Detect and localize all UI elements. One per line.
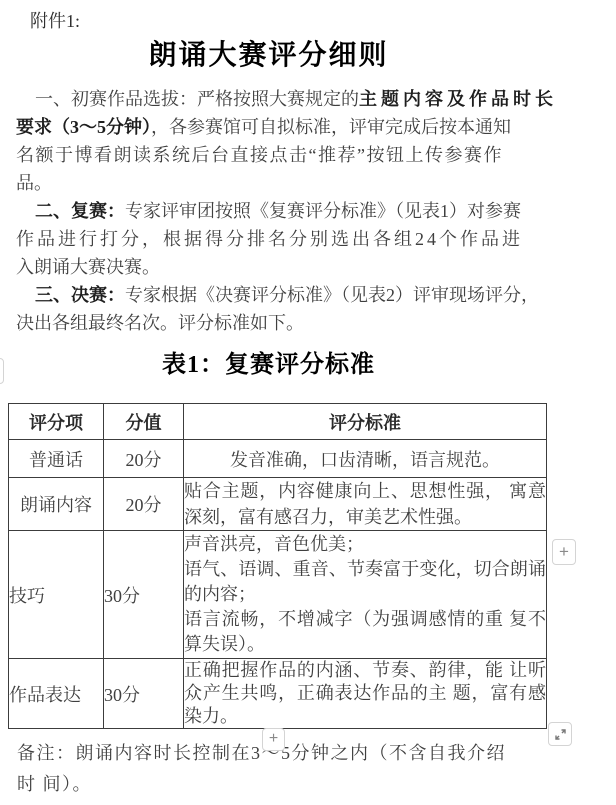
paragraph-semifinal-round: 二、复赛：专家评审团按照《复赛评分标准》（见表1）对参赛作品进行打分，根据得分排…: [16, 197, 520, 281]
header-score-value: 分值: [104, 404, 184, 440]
document-page: 附件1: 朗诵大赛评分细则 一、初赛作品选拔：严格按照大赛规定的主题内容及作品时…: [0, 0, 616, 805]
zoom-in-button[interactable]: +: [552, 539, 576, 565]
cell-score: 20分: [104, 478, 184, 531]
cell-criteria: 贴合主题，内容健康向上、思想性强， 寓意深刻，富有感召力，审美艺术性强。: [184, 478, 547, 531]
paragraph-line: 一、初赛作品选拔：严格按照大赛规定的主题内容及作品时长: [16, 85, 520, 113]
paragraph-final-round: 三、决赛：专家根据《决赛评分标准》（见表2）评审现场评分，决出各组最终名次。评分…: [16, 281, 520, 337]
cell-score: 30分: [104, 659, 184, 729]
zoom-in-button-overlay[interactable]: +: [262, 728, 285, 751]
paragraph-line: 二、复赛：专家评审团按照《复赛评分标准》（见表1）对参赛: [16, 197, 520, 225]
expand-button[interactable]: [548, 722, 572, 746]
document-body: 一、初赛作品选拔：严格按照大赛规定的主题内容及作品时长要求（3～5分钟），各参赛…: [16, 85, 520, 337]
table-row-content: 朗诵内容 20分 贴合主题，内容健康向上、思想性强， 寓意深刻，富有感召力，审美…: [9, 478, 547, 531]
cell-item: 作品表达: [9, 659, 104, 729]
paragraph-line: 三、决赛：专家根据《决赛评分标准》（见表2）评审现场评分，: [16, 281, 520, 309]
attachment-label: 附件1:: [30, 10, 616, 32]
plus-icon: +: [269, 731, 278, 747]
header-scoring-criteria: 评分标准: [184, 404, 547, 440]
scoring-table: 评分项 分值 评分标准 普通话 20分 发音准确，口齿清晰，语言规范。 朗诵内容…: [8, 403, 547, 729]
note-line: 时 间）。: [17, 769, 517, 800]
table-header-row: 评分项 分值 评分标准: [9, 404, 547, 440]
expand-arrows-icon: [554, 728, 567, 741]
cell-score: 30分: [104, 531, 184, 659]
table-row-technique: 技巧 30分 声音洪亮，音色优美； 语气、语调、重音、节奏富于变化，切合朗诵的内…: [9, 531, 547, 659]
paragraph-line: 要求（3～5分钟），各参赛馆可自拟标准，评审完成后按本通知: [16, 113, 520, 141]
paragraph-line: 名额于博看朗读系统后台直接点击“推荐”按钮上传参赛作: [16, 141, 520, 169]
table-row-mandarin: 普通话 20分 发音准确，口齿清晰，语言规范。: [9, 440, 547, 478]
paragraph-preliminary-round: 一、初赛作品选拔：严格按照大赛规定的主题内容及作品时长要求（3～5分钟），各参赛…: [16, 85, 520, 197]
cell-item: 朗诵内容: [9, 478, 104, 531]
cell-item: 普通话: [9, 440, 104, 478]
paragraph-line: 作品进行打分，根据得分排名分别选出各组24个作品进: [16, 225, 520, 253]
cell-criteria: 正确把握作品的内涵、节奏、韵律，能 让听众产生共鸣，正确表达作品的主 题，富有感…: [184, 659, 547, 729]
plus-icon: +: [559, 543, 569, 560]
cell-item: 技巧: [9, 531, 104, 659]
cell-criteria: 声音洪亮，音色优美； 语气、语调、重音、节奏富于变化，切合朗诵的内容； 语言流畅…: [184, 531, 547, 659]
partial-edge-button[interactable]: [0, 358, 4, 384]
paragraph-line: 品。: [16, 169, 520, 197]
table-title: 表1：复赛评分标准: [17, 347, 520, 383]
header-scoring-item: 评分项: [9, 404, 104, 440]
cell-score: 20分: [104, 440, 184, 478]
cell-criteria: 发音准确，口齿清晰，语言规范。: [184, 440, 547, 478]
paragraph-line: 决出各组最终名次。评分标准如下。: [16, 309, 520, 337]
document-title: 朗诵大赛评分细则: [17, 38, 520, 74]
paragraph-line: 入朗诵大赛决赛。: [16, 253, 520, 281]
table-row-expression: 作品表达 30分 正确把握作品的内涵、节奏、韵律，能 让听众产生共鸣，正确表达作…: [9, 659, 547, 729]
